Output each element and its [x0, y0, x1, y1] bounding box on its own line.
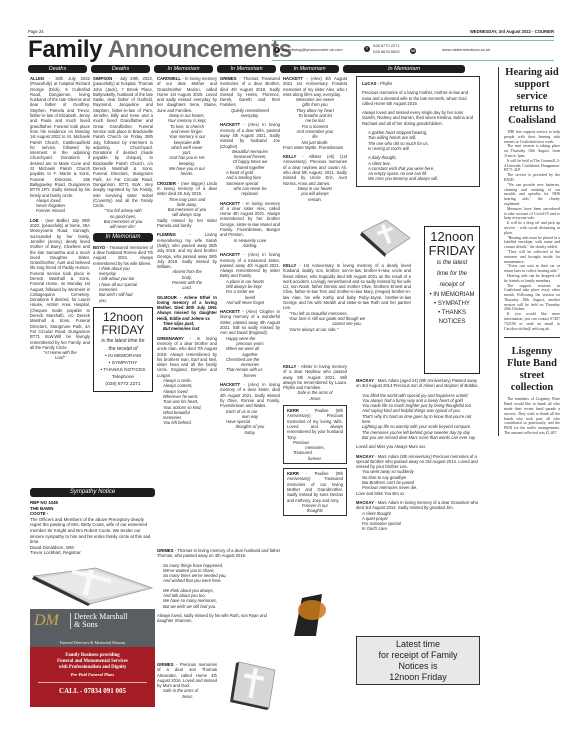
text-line: Notices is	[357, 661, 479, 672]
text-line: - Pauline (9th Anniversary) Precious mem…	[287, 408, 343, 439]
latest-time-notice-box: Latest time for receipt of Family Notice…	[356, 636, 480, 685]
text-line: the receipt of	[96, 345, 150, 353]
section-header-deaths-1: Deaths	[28, 65, 87, 73]
text-line: HACKETT	[220, 382, 240, 387]
text-line: - 30th July 2022 (Peacefully) at hospita…	[30, 76, 90, 198]
text-line: The next session is taking place on Thur…	[504, 144, 560, 158]
text-line: FLEMING	[157, 232, 176, 237]
text-line: receipt of	[427, 280, 477, 291]
text-line: KELLY	[283, 263, 296, 268]
masthead: Family Announcements Eadvertising@tyrone…	[28, 38, 554, 62]
section-header-inmemoriam-1: In Memoriam	[154, 65, 213, 73]
notice-grimes-2: GRIMES - Precious memories of a dear son…	[157, 662, 217, 699]
text-line: CARDWELL	[157, 76, 181, 81]
notice-kelly-wide: KELLY - 1st Anniversary In loving memory…	[283, 263, 411, 332]
text-line: • SYMPATHY	[96, 360, 150, 367]
text-line: - Phyllis	[376, 81, 392, 86]
text-line: FRIDAY	[96, 324, 150, 337]
text-line: HACKETT	[220, 201, 240, 206]
text-line: - Marc Adam In loving memory of a dear G…	[356, 500, 478, 510]
text-line: The support sessions in Coalisland take …	[504, 284, 560, 313]
text-line: But you are missed dear Marc more than w…	[356, 435, 480, 440]
deadline-notice-box: 12noon FRIDAY is the latest time for the…	[93, 307, 153, 392]
phone-contact[interactable]: T028 8772 2271028 8676 6692	[364, 43, 400, 55]
text-line: SIMPSON	[93, 76, 112, 81]
text-line: Measures have been introduced to take ac…	[504, 207, 560, 221]
text-line: Always loved and missed every single day…	[362, 110, 474, 126]
funeral-director-advert[interactable]: DM Dereck Marshall& Sons Funeral Directo…	[30, 609, 155, 707]
text-line: - Loving remembering my wife Sarah (Sall…	[157, 232, 217, 269]
text-line: - Pauline (9th Anniversary) Treasured me…	[287, 471, 343, 502]
text-line: From sister Myrtle. Fivemiletown.	[283, 145, 347, 150]
email-contact[interactable]: Eadvertising@tyronecourier.uk.com	[274, 47, 343, 53]
text-line: Latest time	[357, 639, 479, 650]
section-header-sympathy: Sympathy Notice	[30, 488, 155, 497]
text-line: KELLY	[283, 364, 296, 369]
text-line: MACKAY	[356, 454, 374, 459]
text-line: 12noon	[96, 311, 150, 324]
text-line: 12noon Friday	[357, 672, 479, 683]
section-headers: Deaths Deaths In Memoriam In Memoriam In…	[28, 65, 496, 73]
text-line: - July 29th, 2022, (peacefully) at hospi…	[93, 76, 153, 208]
text-line: The service is provided by the RNID.	[504, 173, 560, 183]
text-line: GRIMES	[157, 662, 174, 667]
text-line: MACKAY	[356, 500, 374, 505]
page-number: Page 24	[28, 29, 44, 34]
text-line: You're always at our side."	[283, 327, 411, 332]
text-line: If you would like more information, you …	[504, 312, 560, 331]
page-title: Family Announcements	[28, 36, 292, 64]
article-headline-hearing-aid: Hearing aid support service returns to C…	[504, 67, 560, 127]
text-line: GREENAWAY	[157, 336, 184, 341]
text-line: is the latest	[427, 258, 477, 269]
text-line: KELLY	[283, 154, 296, 159]
text-line: THE free support service to help people …	[504, 130, 560, 144]
text-line: today.	[220, 430, 280, 435]
bible-icon	[30, 566, 155, 606]
advert-phone: CALL - 07834 091 005	[30, 687, 155, 695]
notice-loe: LOE - (nee Baillie) July 29th 2022, (pea…	[30, 218, 90, 350]
text-line: - Thomas Treasured memories of a dear Br…	[220, 76, 280, 107]
text-line: Precious memories of a loving mother, mo…	[362, 90, 474, 106]
text-line: for receipt of Family	[357, 650, 479, 661]
text-line: - In loving memory of our dear Mother an…	[157, 76, 217, 113]
text-line: It will be a drop off and pick up servic…	[504, 221, 560, 235]
text-line: Telephone	[96, 374, 150, 381]
text-line: "We can provide new batteries, cleaning …	[504, 183, 560, 207]
text-line: 12noon	[427, 230, 477, 244]
text-line: HACKETT	[220, 122, 240, 127]
text-line: We miss you Mummy and always will.	[362, 176, 474, 181]
text-line: GRIMES	[157, 548, 174, 553]
notice-kerr-2-box: KERR - Pauline (9th Anniversary) Treasur…	[283, 468, 347, 516]
text-line: • IN MEMORIAM	[96, 353, 150, 360]
text-line: KERR	[287, 471, 299, 476]
article-headline-flute-band: Lisgenny Flute Band street collection	[504, 346, 560, 394]
text-line: - Thomas In loving memory of a dear husb…	[157, 548, 280, 558]
notice-simpson: SIMPSON - July 29th, 2022, (peacefully) …	[93, 76, 153, 208]
section-header-inmemoriam-4: In Memoriam	[343, 65, 465, 73]
text-line: LUCAS	[362, 81, 376, 86]
section-header-inmemoriam-3: In Memoriam	[280, 65, 339, 73]
article-body-hearing-aid: THE free support service to help people …	[504, 130, 560, 331]
text-line: You left behind.	[157, 420, 217, 425]
inmemoriam-column-1: CARDWELL - In loving memory of our dear …	[157, 76, 217, 426]
website-link[interactable]: www.ulsternetnotices.co.uk	[442, 47, 490, 52]
text-line: Announcements	[108, 36, 292, 63]
text-line: - Marc Adam (aged 24) (8th Anniversary) …	[356, 378, 479, 388]
notice-boyd: BOYD - Treasured memories of a dear husb…	[93, 245, 153, 266]
text-line: will never die".	[93, 224, 153, 229]
text-line: Hearing aids can be dropped off by frien…	[504, 274, 560, 284]
deadline-notice-box-2: 12noon FRIDAY is the latest time for the…	[424, 226, 480, 374]
sympathy-notice: Sympathy Notice RBP NO 1045 THE BAWN COO…	[30, 488, 155, 556]
text-line: 028 8676 6692	[373, 49, 400, 55]
text-line: The members of Lisgenny Flute Band would…	[504, 397, 560, 435]
section-header-inmemoriam-col2: In Memoriam	[93, 233, 153, 242]
text-line: That's why it's hard as time goes by to …	[356, 414, 480, 425]
text-line: Funeral Directors & Memorial Masons	[30, 640, 155, 645]
contact-bar: Eadvertising@tyronecourier.uk.com T028 8…	[272, 40, 554, 61]
inmemoriam-column-2: GRIMES - Thomas Treasured memories of a …	[220, 76, 280, 435]
text-line: & Sons	[74, 621, 128, 629]
text-line: - 1st Anniversary In loving memory of a …	[283, 263, 411, 310]
notice-mackay-group: MACKAY - Marc Adam (aged 24) (8th Annive…	[356, 378, 480, 532]
telephone-number: (028) 8772 2271	[96, 381, 150, 388]
inmemoriam-column-3: HACKETT - (Alex) 4th August 2021 1st Ann…	[283, 76, 347, 202]
text-line: BOYD	[93, 245, 105, 250]
article-body-flute-band: The members of Lisgenny Flute Band would…	[504, 397, 560, 435]
text-line: - (nee Baillie) July 29th 2022, (peacefu…	[30, 218, 90, 350]
text-line: GILMOUR	[157, 295, 177, 300]
text-line: Family	[28, 36, 102, 63]
text-line: Sadly missed by her sister Pamela and fa…	[157, 218, 217, 229]
text-line: LOE	[30, 218, 39, 223]
web-icon: W	[410, 48, 416, 54]
text-line: Trevor Lockhart, Registrar	[30, 550, 155, 556]
notice-lucas-box: LUCAS - Phyllis Precious memories of a l…	[356, 76, 480, 187]
text-line: - Marc Adam (8th Anniversary) Precious m…	[356, 454, 478, 470]
text-line: Pre-Paid Funeral Plans	[30, 671, 155, 678]
text-line: Always loved, sadly missed by his wife R…	[157, 613, 282, 624]
text-line: HACKETT	[220, 252, 240, 257]
text-line: Lighting up life so warmly with your smi…	[356, 424, 480, 429]
text-line: The Officers and Members of the above Pr…	[30, 517, 155, 545]
text-line: - Allister (Ali) (1st Anniversary). Prec…	[283, 154, 347, 185]
text-line: In God's care.	[356, 526, 480, 531]
text-line: FRIDAY	[427, 244, 477, 258]
issue-date: WEDNESDAY, 3rd August 2022 - COURIER	[470, 29, 554, 34]
deaths-column-2: SIMPSON - July 29th, 2022, (peacefully) …	[93, 76, 153, 392]
article-divider	[504, 337, 560, 338]
deaths-column-1: ALLEN - 30th July 2022 (Peacefully) at h…	[30, 76, 90, 361]
bible-icon	[358, 218, 413, 258]
text-line: forever.	[287, 456, 343, 461]
text-line: - In loving memory of a dear sister Alex…	[220, 201, 280, 238]
bible-icon	[225, 660, 280, 710]
text-line: • THANKS NOTICES	[96, 367, 150, 374]
section-header-inmemoriam-2: In Memoriam	[217, 65, 276, 73]
text-line: It will be held at The Cornmill, 2-4 Lin…	[504, 159, 560, 173]
text-line: HACKETT	[220, 309, 240, 314]
text-line: Lord"	[30, 355, 90, 360]
text-line: - In loving memory of a dear brother and…	[157, 336, 217, 378]
text-line: Jesus	[157, 694, 217, 699]
section-header-deaths-2: Deaths	[91, 65, 150, 73]
text-line: NOTICES	[427, 318, 477, 327]
text-line: "Users can wait in their car or return l…	[504, 264, 560, 274]
text-line: GRIMES	[220, 76, 237, 81]
text-line: • THANKS	[427, 309, 477, 318]
inmemoriam-column-3b: KELLY - Alister In loving memory of a de…	[283, 364, 347, 516]
bible-icon	[292, 594, 346, 636]
text-line: "Hearing aids must be placed in a labell…	[504, 236, 560, 250]
inmemoriam-column-4: LUCAS - Phyllis Precious memories of a l…	[356, 76, 480, 187]
email-icon: E	[274, 47, 280, 53]
text-line: ALLEN	[30, 76, 44, 81]
text-line: remain.	[283, 197, 347, 202]
advert-logo: DM	[34, 612, 59, 630]
text-line: thoughts	[287, 508, 343, 513]
text-line: time for the	[427, 269, 477, 280]
notice-allen: ALLEN - 30th July 2022 (Peacefully) at h…	[30, 76, 90, 198]
news-column: Hearing aid support service returns to C…	[498, 67, 560, 436]
text-line: HACKETT	[283, 76, 303, 81]
notice-kerr-1-box: KERR - Pauline (9th Anniversary) Preciou…	[283, 405, 347, 464]
text-line: KERR	[287, 408, 299, 413]
text-line: MACKAY	[356, 378, 374, 383]
text-line: is the latest time for	[96, 337, 150, 345]
text-line: "They will be collected at the entrance …	[504, 250, 560, 264]
text-line: • SYMPATHY	[427, 300, 477, 309]
text-line: CROZIER	[157, 181, 176, 186]
text-line: advertising@tyronecourier.uk.com	[282, 47, 343, 52]
notice-grimes-wide: GRIMES - Thomas In loving memory of a de…	[157, 548, 282, 624]
text-line: • IN MEMORIAM	[427, 291, 477, 300]
phone-icon: T	[364, 46, 370, 52]
